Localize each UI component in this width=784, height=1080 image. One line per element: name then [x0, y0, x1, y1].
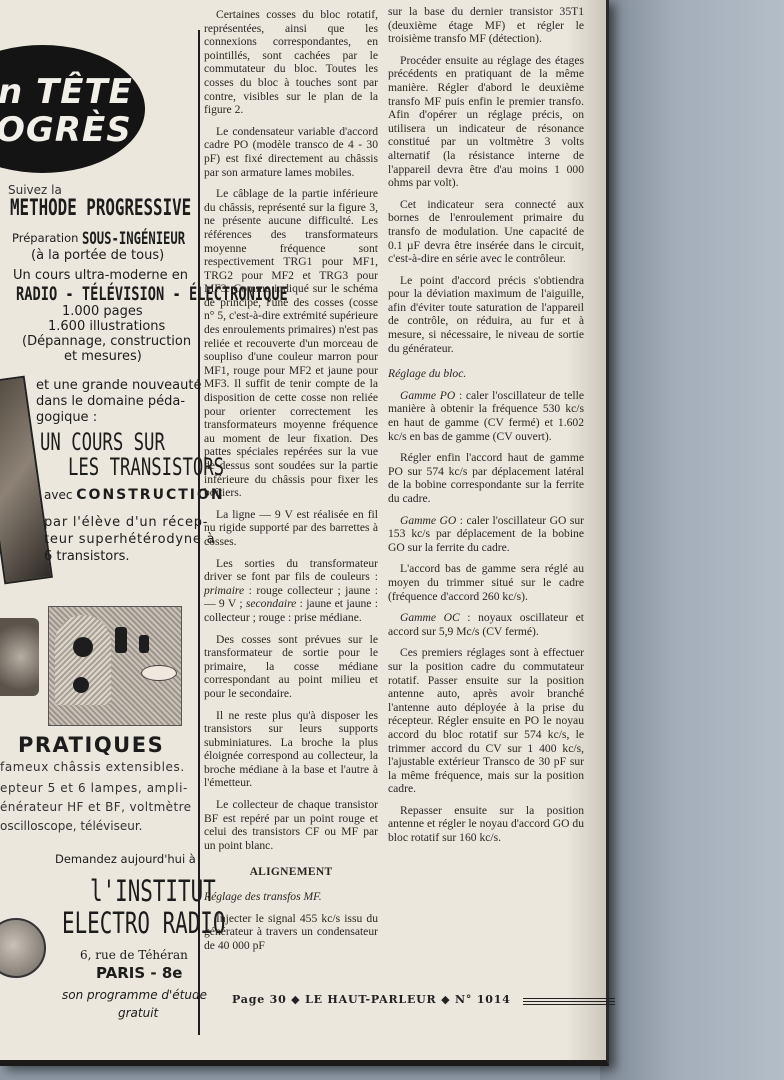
ad-prep: Préparation SOUS-INGÉNIEUR: [12, 229, 225, 249]
ad-course-title-1-text: UN COURS SUR: [40, 428, 165, 456]
ad-pages: 1.000 pages: [62, 304, 143, 319]
paragraph: Procéder ensuite au réglage des étages p…: [388, 54, 584, 190]
ad-intro: Suivez la: [8, 183, 62, 197]
paragraph-gamme-po: Gamme PO : caler l'oscillateur de telle …: [388, 389, 584, 443]
paragraph: Ces premiers réglages sont à effectuer s…: [388, 646, 584, 796]
ad-novelty-2: dans le domaine péda-: [36, 394, 185, 409]
ad-prep-note: (à la portée de tous): [31, 248, 164, 263]
ad-novelty-1: et une grande nouveauté: [36, 378, 201, 393]
paragraph: Le point d'accord précis s'obtiendra pou…: [388, 274, 584, 356]
ad-program-1: son programme d'étude: [62, 988, 207, 1002]
ad-prat-3: énérateur HF et BF, voltmètre: [0, 800, 191, 814]
paragraph: La ligne — 9 V est réalisée en fil nu ri…: [204, 508, 378, 549]
paragraph: Le collecteur de chaque transistor BF es…: [204, 798, 378, 852]
chassis-photo-small: [0, 618, 39, 696]
article-column-1: Certaines cosses du bloc rotatif, représ…: [204, 8, 378, 960]
article-column-2: sur la base du dernier transistor 35T1 (…: [388, 5, 584, 853]
column-rule: [198, 30, 200, 1035]
paragraph: Certaines cosses du bloc rotatif, représ…: [204, 8, 378, 117]
paragraph: Le câblage de la partie inférieure du ch…: [204, 187, 378, 500]
ad-scope-2: et mesures): [64, 349, 142, 364]
magazine-name: LE HAUT-PARLEUR: [305, 993, 436, 1006]
primaire-label: primaire: [204, 584, 244, 597]
paragraph: Des cosses sont prévues sur le transform…: [204, 633, 378, 701]
chassis-photo: [48, 606, 182, 726]
secondaire-label: secondaire: [246, 597, 296, 610]
text: Les sorties du transformateur driver se …: [204, 557, 378, 584]
ad-course-title-2-text: LES TRANSISTORS: [68, 453, 224, 481]
section-heading: ALIGNEMENT: [204, 866, 378, 880]
tube: [139, 635, 149, 653]
ad-ask: Demandez aujourd'hui à: [55, 852, 196, 866]
ad-build-3: 6 transistors.: [44, 549, 130, 564]
subheading-bloc: Réglage du bloc.: [388, 367, 584, 381]
paragraph: Repasser ensuite sur la position antenne…: [388, 804, 584, 845]
diamond-icon: ◆: [441, 993, 450, 1006]
paragraph-gamme-oc: Gamme OC : noyaux oscillateur et accord …: [388, 611, 584, 638]
paragraph-gamme-go: Gamme GO : caler l'oscillateur GO sur 15…: [388, 514, 584, 555]
ad-with-title: CONSTRUCTION: [76, 487, 224, 503]
subheading-mf: Réglage des transfos MF.: [204, 890, 378, 904]
ad-prep-title: SOUS-INGÉNIEUR: [82, 229, 185, 249]
page-number: Page 30: [232, 993, 287, 1006]
magazine-page: n TÊTE OGRÈS Suivez la METHODE PROGRESSI…: [0, 0, 609, 1066]
background-surface: [600, 0, 784, 1080]
paragraph: Le condensateur variable d'accord cadre …: [204, 125, 378, 179]
ad-prat-1: fameux châssis extensibles.: [0, 760, 185, 774]
banner-line-2: OGRÈS: [0, 110, 132, 150]
paragraph: L'accord bas de gamme sera réglé au moye…: [388, 562, 584, 603]
ad-course-line: Un cours ultra-moderne en: [13, 268, 188, 283]
ad-institute-2-text: ELECTRO RADIO: [62, 906, 225, 940]
decorative-rule: [523, 996, 615, 1005]
loudspeaker-photo: [0, 918, 46, 978]
paragraph: Injecter le signal 455 kc/s issu du géné…: [204, 912, 378, 953]
advertisement-column: n TÊTE OGRÈS Suivez la METHODE PROGRESSI…: [0, 0, 198, 1040]
knob: [73, 677, 89, 693]
paragraph: Cet indicateur sera connecté aux bornes …: [388, 198, 584, 266]
diamond-icon: ◆: [291, 993, 300, 1006]
ad-illustrations: 1.600 illustrations: [48, 319, 165, 334]
ad-prat-2: epteur 5 et 6 lampes, ampli-: [0, 781, 188, 795]
ad-prat-4: oscilloscope, téléviseur.: [0, 819, 142, 833]
ad-course-title-1: UN COURS SUR: [40, 428, 213, 456]
ad-address: 6, rue de Téhéran: [80, 948, 188, 962]
ad-with-prefix: avec: [44, 488, 72, 502]
ad-pratiques: PRATIQUES: [18, 733, 164, 757]
ad-scope-1: (Dépannage, construction: [22, 334, 191, 349]
ad-city: PARIS - 8e: [96, 964, 182, 982]
paragraph: Il ne reste plus qu'à disposer les trans…: [204, 709, 378, 791]
paragraph: Régler enfin l'accord haut de gamme PO s…: [388, 451, 584, 505]
gamme-po-label: Gamme PO: [400, 389, 455, 402]
knob: [73, 637, 93, 657]
ad-novelty-3: gogique :: [36, 410, 97, 425]
gamme-oc-label: Gamme OC: [400, 611, 460, 624]
paragraph: sur la base du dernier transistor 35T1 (…: [388, 5, 584, 46]
ad-method-text: METHODE PROGRESSIVE: [10, 196, 191, 221]
ad-program-2: gratuit: [118, 1006, 158, 1020]
tube: [115, 627, 127, 653]
issue-number: N° 1014: [455, 993, 511, 1006]
ad-build-1: par l'élève d'un récep-: [44, 515, 208, 530]
speaker-cutout: [141, 665, 177, 681]
ad-build-2: teur superhétérodyne à: [44, 532, 215, 547]
paragraph-sorties: Les sorties du transformateur driver se …: [204, 557, 378, 625]
page-footer: Page 30 ◆ LE HAUT-PARLEUR ◆ N° 1014: [232, 993, 615, 1006]
ad-prep-prefix: Préparation: [12, 231, 78, 245]
banner-line-1: n TÊTE: [0, 72, 133, 112]
gamme-go-label: Gamme GO: [400, 514, 456, 527]
ad-institute-1-text: l'INSTITUT: [90, 874, 216, 908]
